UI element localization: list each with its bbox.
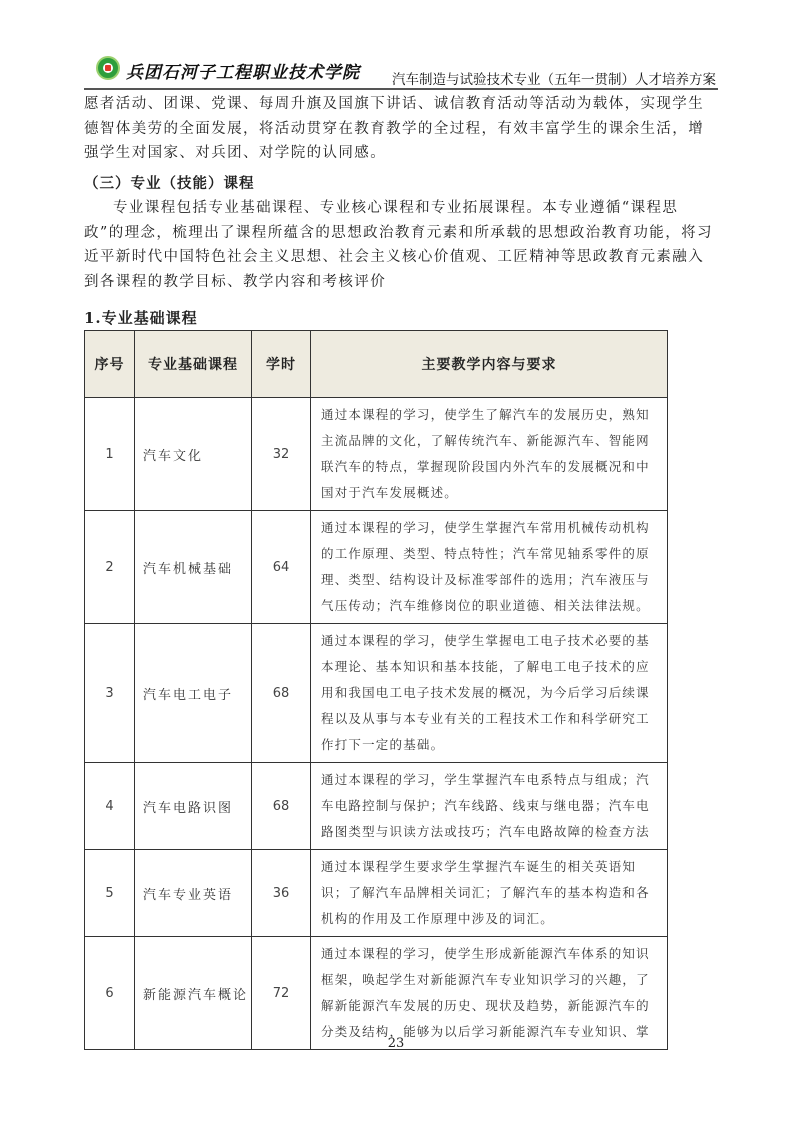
- row-content: 通过本课程的学习，学生掌握汽车电系特点与组成；汽车电路控制与保护；汽车线路、线束…: [311, 763, 668, 850]
- row-num: 1: [85, 398, 135, 511]
- table-row: 3 汽车电工电子 68 通过本课程的学习，使学生掌握电工电子技术必要的基本理论、…: [85, 624, 668, 763]
- subsection-heading: 1.专业基础课程: [84, 307, 198, 328]
- header-course: 专业基础课程: [135, 331, 252, 398]
- row-num: 2: [85, 511, 135, 624]
- table-row: 6 新能源汽车概论 72 通过本课程的学习，使学生形成新能源汽车体系的知识框架，…: [85, 937, 668, 1050]
- row-hours: 36: [252, 850, 311, 937]
- row-course: 新能源汽车概论: [135, 937, 252, 1050]
- row-course: 汽车电工电子: [135, 624, 252, 763]
- school-name: 兵团石河子工程职业技术学院: [126, 58, 360, 83]
- page-number: 23: [0, 1036, 792, 1051]
- row-hours: 64: [252, 511, 311, 624]
- row-course: 汽车电路识图: [135, 763, 252, 850]
- paragraph-course-intro: 专业课程包括专业基础课程、专业核心课程和专业拓展课程。本专业遵循“课程思政”的理…: [84, 196, 718, 294]
- row-hours: 32: [252, 398, 311, 511]
- table-row: 2 汽车机械基础 64 通过本课程的学习，使学生掌握汽车常用机械传动机构的工作原…: [85, 511, 668, 624]
- header-content: 主要教学内容与要求: [311, 331, 668, 398]
- page-header: 兵团石河子工程职业技术学院 汽车制造与试验技术专业（五年一贯制）人才培养方案: [84, 50, 718, 90]
- row-num: 5: [85, 850, 135, 937]
- header-num: 序号: [85, 331, 135, 398]
- row-hours: 72: [252, 937, 311, 1050]
- row-content: 通过本课程的学习，使学生形成新能源汽车体系的知识框架，唤起学生对新能源汽车专业知…: [311, 937, 668, 1050]
- table-row: 1 汽车文化 32 通过本课程的学习，使学生了解汽车的发展历史，熟知主流品牌的文…: [85, 398, 668, 511]
- row-content: 通过本课程的学习，使学生掌握电工电子技术必要的基本理论、基本知识和基本技能，了解…: [311, 624, 668, 763]
- row-content: 通过本课程的学习，使学生掌握汽车常用机械传动机构的工作原理、类型、特点特性；汽车…: [311, 511, 668, 624]
- table-row: 4 汽车电路识图 68 通过本课程的学习，学生掌握汽车电系特点与组成；汽车电路控…: [85, 763, 668, 850]
- row-course: 汽车机械基础: [135, 511, 252, 624]
- paragraph-activities: 愿者活动、团课、党课、每周升旗及国旗下讲话、诚信教育活动等活动为载体，实现学生德…: [84, 92, 718, 166]
- row-hours: 68: [252, 624, 311, 763]
- table-header-row: 序号 专业基础课程 学时 主要教学内容与要求: [85, 331, 668, 398]
- row-hours: 68: [252, 763, 311, 850]
- school-logo-icon: [96, 56, 120, 80]
- row-num: 6: [85, 937, 135, 1050]
- foundation-courses-table: 序号 专业基础课程 学时 主要教学内容与要求 1 汽车文化 32 通过本课程的学…: [84, 330, 668, 1050]
- table-row: 5 汽车专业英语 36 通过本课程学生要求学生掌握汽车诞生的相关英语知识；了解汽…: [85, 850, 668, 937]
- row-num: 3: [85, 624, 135, 763]
- row-content: 通过本课程学生要求学生掌握汽车诞生的相关英语知识；了解汽车品牌相关词汇；了解汽车…: [311, 850, 668, 937]
- row-course: 汽车文化: [135, 398, 252, 511]
- section-heading: （三）专业（技能）课程: [84, 172, 255, 193]
- row-content: 通过本课程的学习，使学生了解汽车的发展历史，熟知主流品牌的文化，了解传统汽车、新…: [311, 398, 668, 511]
- header-hours: 学时: [252, 331, 311, 398]
- document-title: 汽车制造与试验技术专业（五年一贯制）人才培养方案: [392, 68, 716, 88]
- row-num: 4: [85, 763, 135, 850]
- row-course: 汽车专业英语: [135, 850, 252, 937]
- logo-mark: [105, 65, 111, 71]
